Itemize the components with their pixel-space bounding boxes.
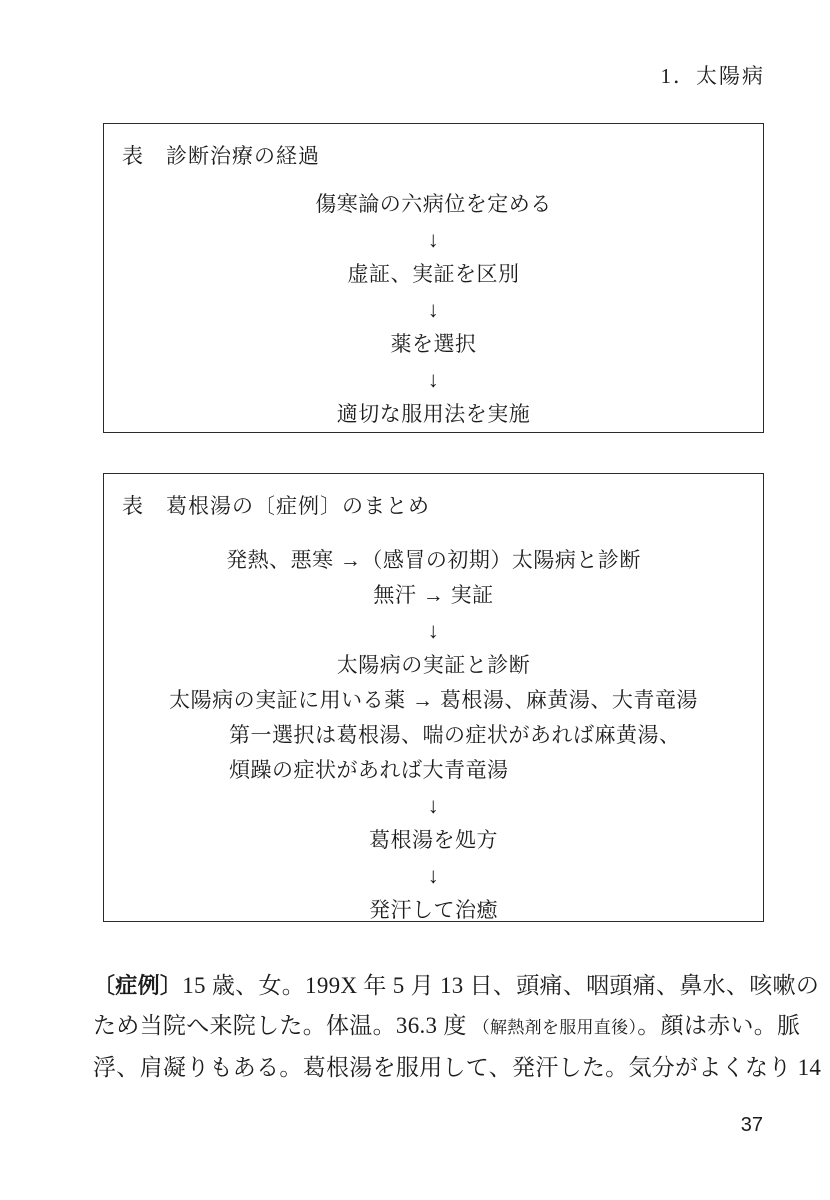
down-arrow-icon: ↓ [104,362,763,397]
paragraph-text: ため当院へ来院した。体温。36.3 度 [93,1013,473,1038]
page-number: 37 [741,1114,763,1137]
paragraph-text: 15 歳、女。199X 年 5 月 13 日、頭痛、咽頭痛、鼻水、咳嗽の [182,973,819,998]
flow-step: 葛根湯を処方 [104,823,763,858]
diagnosis-flow-table: 表 診断治療の経過 傷寒論の六病位を定める ↓ 虚証、実証を区別 ↓ 薬を選択 … [103,123,764,433]
down-arrow-icon: ↓ [104,788,763,823]
flow-step: 太陽病の実証に用いる薬 → 葛根湯、麻黄湯、大青竜湯 [104,683,763,718]
flow-step: 無汗 → 実証 [104,578,763,613]
inline-note: （解熱剤を服用直後） [473,1018,638,1037]
down-arrow-icon: ↓ [104,292,763,327]
flow-step: 太陽病の実証と診断 [104,648,763,683]
flow-step: 薬を選択 [104,327,763,362]
paragraph-line: ため当院へ来院した。体温。36.3 度 （解熱剤を服用直後）。顔は赤い。脈 [93,1006,783,1048]
down-arrow-icon: ↓ [104,613,763,648]
flow-step: 第一選択は葛根湯、喘の症状があれば麻黄湯、 [104,718,763,753]
paragraph-text: 浮、肩凝りもある。葛根湯を服用して、発汗した。気分がよくなり 14 [93,1055,821,1080]
flow-step: 発汗して治癒 [104,893,763,928]
table-title: 表 診断治療の経過 [104,124,763,170]
flow-step: 適切な服用法を実施 [104,397,763,432]
flow-step: 発熱、悪寒 →（感冒の初期）太陽病と診断 [104,543,763,578]
down-arrow-icon: ↓ [104,858,763,893]
flow-step: 虚証、実証を区別 [104,257,763,292]
chapter-header: 1．太陽病 [661,60,766,90]
paragraph-line: 浮、肩凝りもある。葛根湯を服用して、発汗した。気分がよくなり 14 [93,1048,783,1088]
case-report-paragraph: 〔症例〕15 歳、女。199X 年 5 月 13 日、頭痛、咽頭痛、鼻水、咳嗽の… [93,966,783,1088]
flow-step: 煩躁の症状があれば大青竜湯 [104,753,763,788]
flow-steps: 傷寒論の六病位を定める ↓ 虚証、実証を区別 ↓ 薬を選択 ↓ 適切な服用法を実… [104,187,763,432]
paragraph-line: 〔症例〕15 歳、女。199X 年 5 月 13 日、頭痛、咽頭痛、鼻水、咳嗽の [93,966,783,1006]
book-page: { "header": { "title": "1．太陽病" }, "box1"… [0,0,830,1200]
table-title: 表 葛根湯の〔症例〕のまとめ [104,474,763,520]
case-label: 〔症例〕 [93,973,182,998]
flow-steps: 発熱、悪寒 →（感冒の初期）太陽病と診断 無汗 → 実証 ↓ 太陽病の実証と診断… [104,543,763,928]
paragraph-text: 。顔は赤い。脈 [637,1013,800,1038]
kakkonto-case-summary-table: 表 葛根湯の〔症例〕のまとめ 発熱、悪寒 →（感冒の初期）太陽病と診断 無汗 →… [103,473,764,922]
flow-step: 傷寒論の六病位を定める [104,187,763,222]
down-arrow-icon: ↓ [104,222,763,257]
